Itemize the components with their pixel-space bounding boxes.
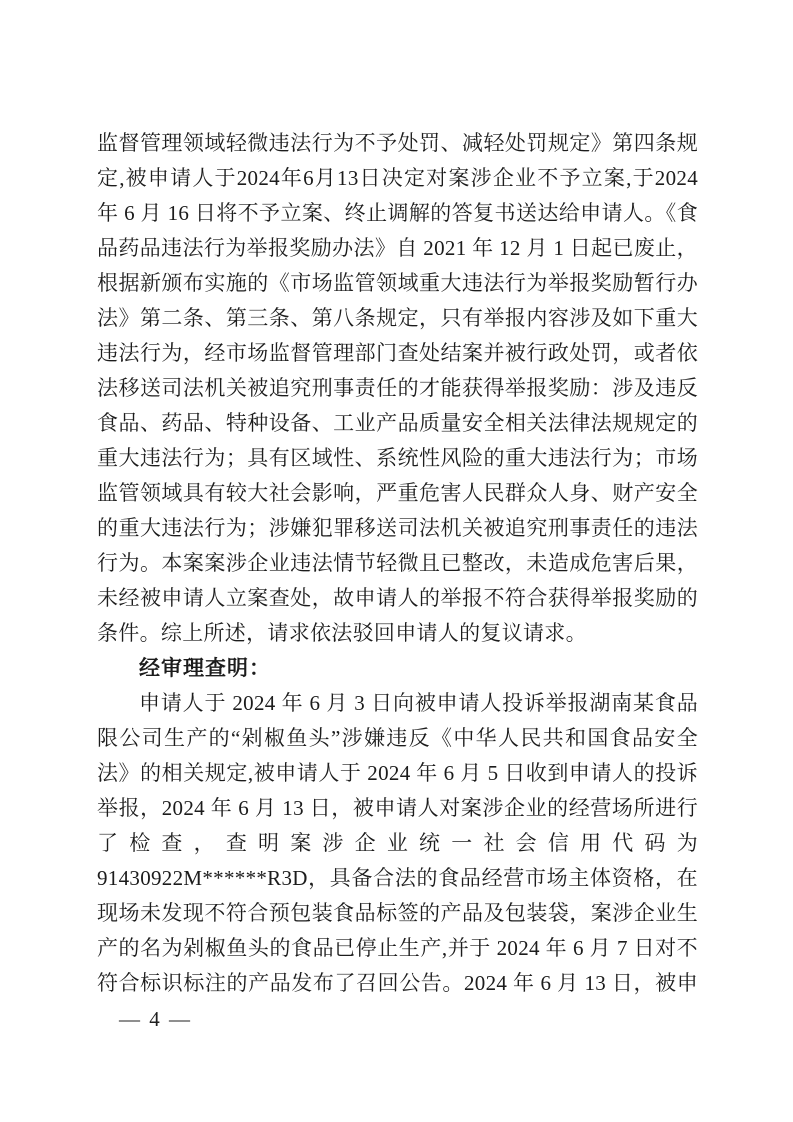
- document-line: 符合标识标注的产品发布了召回公告。2024 年 6 月 13 日，被申: [97, 966, 698, 1001]
- document-line: 定,被申请人于2024年6月13日决定对案涉企业不予立案,于2024: [97, 161, 698, 196]
- document-line: 了检查，查明案涉企业统一社会信用代码为: [97, 826, 698, 861]
- document-line: 法》的相关规定,被申请人于 2024 年 6 月 5 日收到申请人的投诉: [97, 756, 698, 791]
- document-page: 监督管理领域轻微违法行为不予处罚、减轻处罚规定》第四条规定,被申请人于2024年…: [0, 0, 793, 1122]
- document-line: 行为。本案案涉企业违法情节轻微且已整改，未造成危害后果，: [97, 546, 698, 581]
- document-line: 品药品违法行为举报奖励办法》自 2021 年 12 月 1 日起已废止，: [97, 231, 698, 266]
- document-line: 91430922M******R3D，具备合法的食品经营市场主体资格，在: [97, 861, 698, 896]
- section-heading: 经审理查明：: [97, 651, 698, 686]
- document-line: 现场未发现不符合预包装食品标签的产品及包装袋，案涉企业生: [97, 896, 698, 931]
- document-line: 产的名为剁椒鱼头的食品已停止生产,并于 2024 年 6 月 7 日对不: [97, 931, 698, 966]
- document-line: 年 6 月 16 日将不予立案、终止调解的答复书送达给申请人。《食: [97, 196, 698, 231]
- document-line: 的重大违法行为；涉嫌犯罪移送司法机关被追究刑事责任的违法: [97, 511, 698, 546]
- document-line: 食品、药品、特种设备、工业产品质量安全相关法律法规规定的: [97, 406, 698, 441]
- document-line: 条件。综上所述，请求依法驳回申请人的复议请求。: [97, 616, 698, 651]
- document-line: 重大违法行为；具有区域性、系统性风险的重大违法行为；市场: [97, 441, 698, 476]
- document-line: 监督管理领域轻微违法行为不予处罚、减轻处罚规定》第四条规: [97, 126, 698, 161]
- document-line: 法移送司法机关被追究刑事责任的才能获得举报奖励：涉及违反: [97, 371, 698, 406]
- document-line: 违法行为，经市场监督管理部门查处结案并被行政处罚，或者依: [97, 336, 698, 371]
- document-body: 监督管理领域轻微违法行为不予处罚、减轻处罚规定》第四条规定,被申请人于2024年…: [97, 126, 698, 1001]
- document-line: 限公司生产的“剁椒鱼头”涉嫌违反《中华人民共和国食品安全: [97, 721, 698, 756]
- page-footer: — 4 —: [119, 1004, 192, 1034]
- document-line: 举报，2024 年 6 月 13 日，被申请人对案涉企业的经营场所进行: [97, 791, 698, 826]
- document-line: 法》第二条、第三条、第八条规定，只有举报内容涉及如下重大: [97, 301, 698, 336]
- page-number: — 4 —: [119, 1007, 192, 1031]
- document-line: 申请人于 2024 年 6 月 3 日向被申请人投诉举报湖南某食品有: [97, 686, 698, 721]
- document-line: 根据新颁布实施的《市场监管领域重大违法行为举报奖励暂行办: [97, 266, 698, 301]
- document-line: 监管领域具有较大社会影响，严重危害人民群众人身、财产安全: [97, 476, 698, 511]
- document-line: 未经被申请人立案查处，故申请人的举报不符合获得举报奖励的: [97, 581, 698, 616]
